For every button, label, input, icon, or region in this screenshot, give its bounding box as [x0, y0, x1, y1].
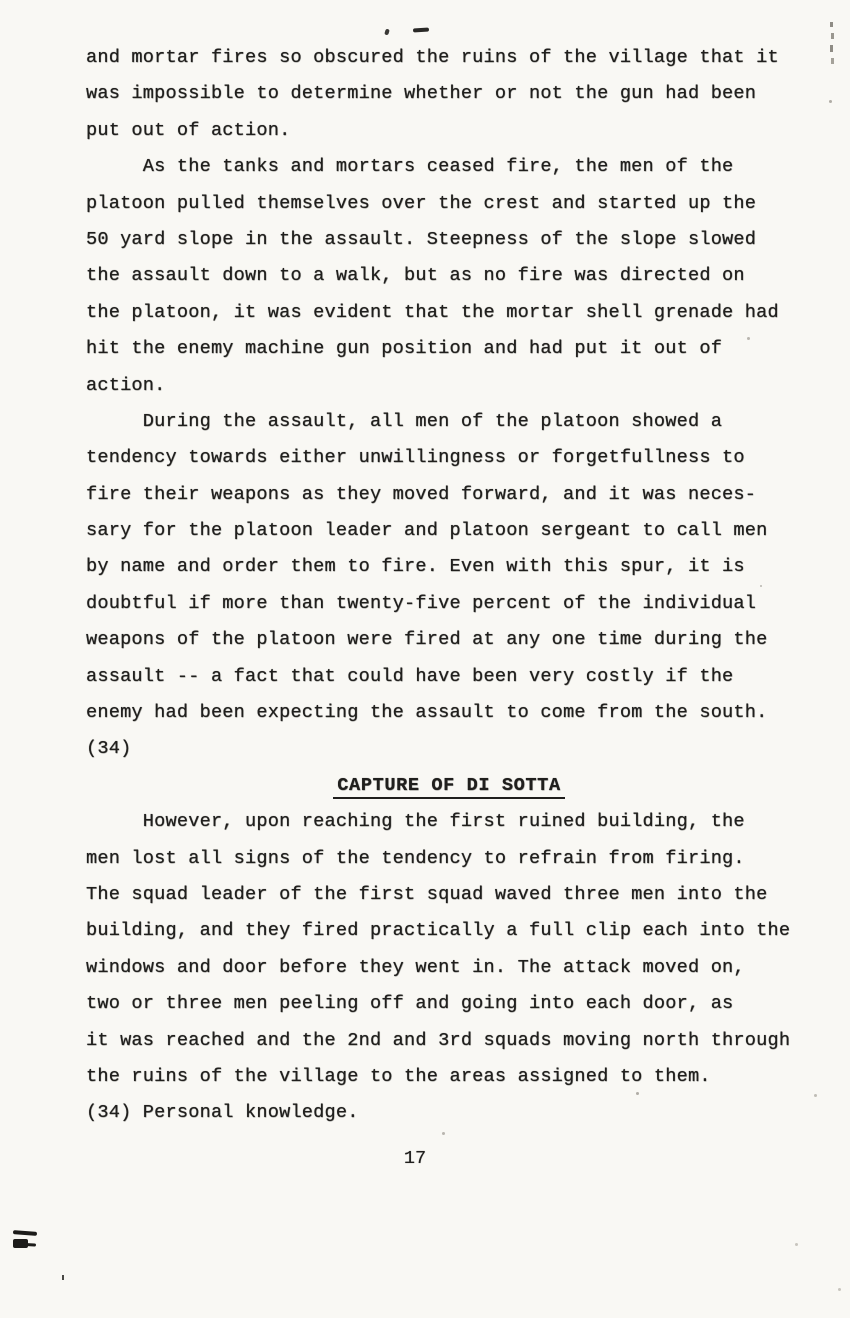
text-line: assault -- a fact that could have been v… [86, 659, 812, 695]
scan-speck [636, 1092, 639, 1095]
ink-speck-top [384, 29, 390, 36]
text-line: men lost all signs of the tendency to re… [86, 841, 812, 877]
text-line: building, and they fired practically a f… [86, 913, 812, 949]
text-line: by name and order them to fire. Even wit… [86, 549, 812, 585]
scan-speck [442, 1132, 445, 1135]
text-line: hit the enemy machine gun position and h… [86, 331, 812, 367]
text-line: During the assault, all men of the plato… [86, 404, 812, 440]
scan-speck [747, 337, 750, 340]
text-line: platoon pulled themselves over the crest… [86, 186, 812, 222]
scan-speck [838, 1288, 841, 1291]
ink-speck-bottom [62, 1275, 64, 1280]
text-line: weapons of the platoon were fired at any… [86, 622, 812, 658]
text-block: and mortar fires so obscured the ruins o… [86, 40, 812, 1132]
text-line: 50 yard slope in the assault. Steepness … [86, 222, 812, 258]
text-line: However, upon reaching the first ruined … [86, 804, 812, 840]
document-page: and mortar fires so obscured the ruins o… [0, 0, 850, 1318]
footnote-line: (34) Personal knowledge. [86, 1095, 812, 1131]
text-line: tendency towards either unwillingness or… [86, 440, 812, 476]
text-line: put out of action. [86, 113, 812, 149]
scan-edge-mark [830, 22, 833, 27]
text-line: As the tanks and mortars ceased fire, th… [86, 149, 812, 185]
scan-speck [795, 1243, 798, 1246]
scan-speck [829, 100, 832, 103]
scan-edge-mark [831, 33, 834, 39]
text-line: The squad leader of the first squad wave… [86, 877, 812, 913]
text-line: enemy had been expecting the assault to … [86, 695, 812, 731]
ink-dash-top [413, 27, 429, 32]
text-line: was impossible to determine whether or n… [86, 76, 812, 112]
text-line: the assault down to a walk, but as no fi… [86, 258, 812, 294]
text-line: the ruins of the village to the areas as… [86, 1059, 812, 1095]
text-line: and mortar fires so obscured the ruins o… [86, 40, 812, 76]
page-number: 17 [0, 1141, 830, 1177]
text-line: action. [86, 368, 812, 404]
footnote-ref-line: (34) [86, 731, 812, 767]
section-heading: CAPTURE OF DI SOTTA [86, 768, 812, 804]
text-line: the platoon, it was evident that the mor… [86, 295, 812, 331]
section-heading-text: CAPTURE OF DI SOTTA [333, 775, 564, 799]
text-line: it was reached and the 2nd and 3rd squad… [86, 1023, 812, 1059]
text-line: two or three men peeling off and going i… [86, 986, 812, 1022]
text-line: windows and door before they went in. Th… [86, 950, 812, 986]
ink-smudge-bottom-left [13, 1230, 37, 1236]
text-line: fire their weapons as they moved forward… [86, 477, 812, 513]
scan-edge-mark [830, 45, 833, 52]
scan-speck [760, 585, 762, 587]
scan-speck [218, 205, 220, 207]
text-line: doubtful if more than twenty-five percen… [86, 586, 812, 622]
scan-speck [814, 1094, 817, 1097]
scan-edge-mark [831, 58, 834, 64]
text-line: sary for the platoon leader and platoon … [86, 513, 812, 549]
